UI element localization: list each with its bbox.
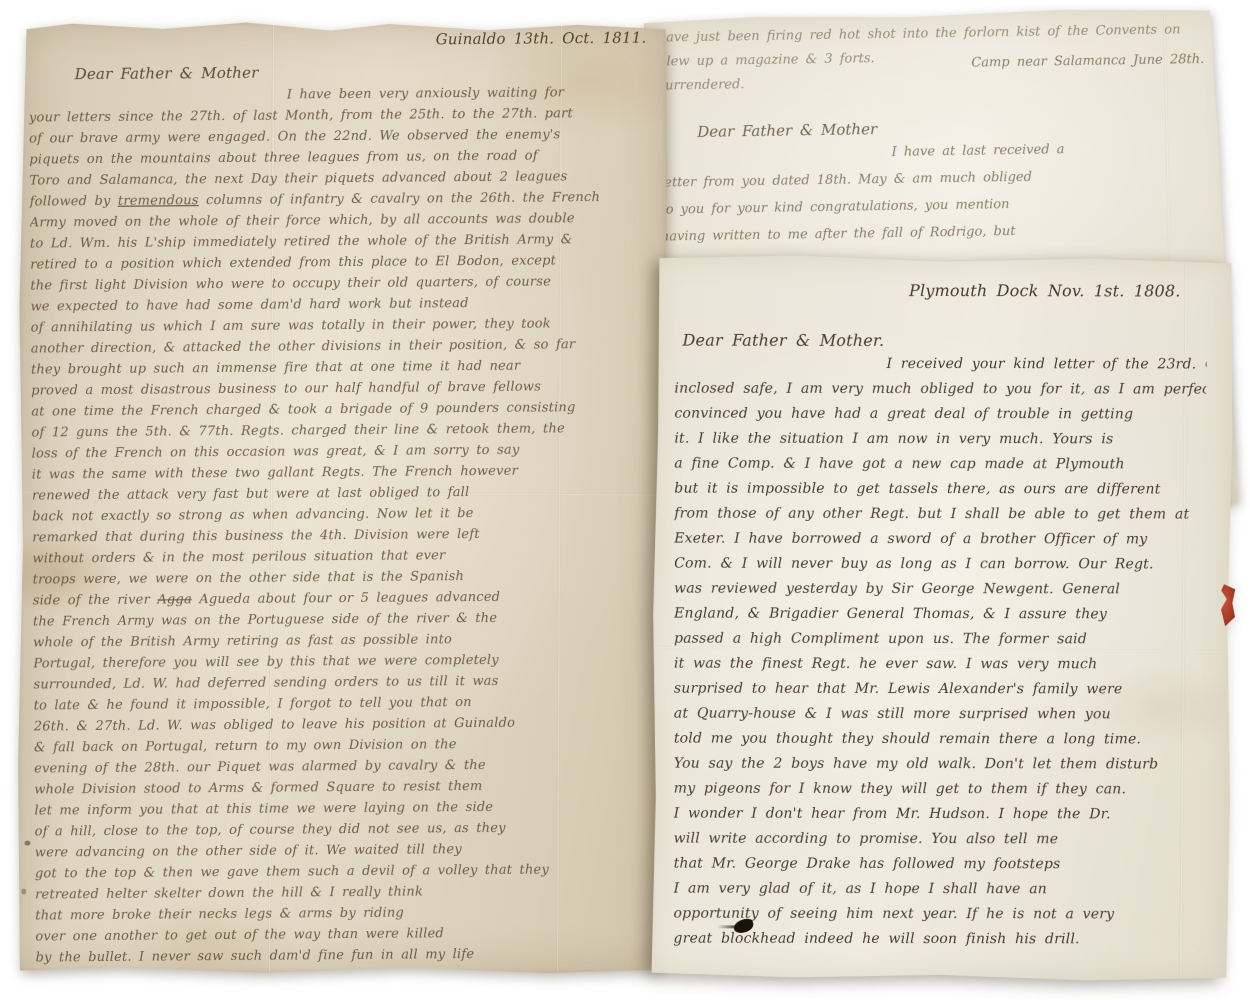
letter-line: it was the finest Regt. he ever saw. I w…: [674, 652, 1206, 678]
letter-line: that Mr. George Drake has followed my fo…: [674, 852, 1206, 878]
letter-text-guinaldo: Guinaldo 13th. Oct. 1811. Dear Father & …: [28, 28, 659, 969]
letter-line: convinced you have had a great deal of t…: [674, 402, 1206, 428]
letter-line: was reviewed yesterday by Sir George New…: [674, 577, 1206, 603]
letter-sheet-plymouth: Plymouth Dock Nov. 1st. 1808. Dear Fathe…: [649, 254, 1235, 983]
letter-line: from those of any other Regt. but I shal…: [674, 502, 1206, 528]
letter-line: at Quarry-house & I was still more surpr…: [674, 702, 1206, 728]
paper-guinaldo: Guinaldo 13th. Oct. 1811. Dear Father & …: [16, 21, 668, 976]
letter-line: England, & Brigadier General Thomas, & I…: [674, 602, 1206, 628]
letter-body-lines: your letters since the 27th. of last Mon…: [29, 103, 660, 969]
letter-line: by the bullet. I never saw such dam'd fi…: [36, 943, 660, 969]
letter-dateline: Guinaldo 13th. Oct. 1811.: [28, 28, 652, 57]
letter-sheet-guinaldo: Guinaldo 13th. Oct. 1811. Dear Father & …: [16, 21, 668, 976]
letter-line: great blockhead indeed he will soon fini…: [673, 927, 1205, 953]
letter-text-plymouth: Plymouth Dock Nov. 1st. 1808. Dear Fathe…: [673, 266, 1206, 953]
letter-line: inclosed safe, I am very much obliged to…: [674, 377, 1206, 403]
letter-body-lines: letter from you dated 18th. May & am muc…: [660, 163, 1217, 253]
letter-line: You say the 2 boys have my old walk. Don…: [674, 752, 1206, 778]
letter-line: I wonder I don't hear from Mr. Hudson. I…: [674, 802, 1206, 828]
letter-line: my pigeons for I know they will get to t…: [674, 777, 1206, 803]
letter-dateline: Camp near Salamanca June 28th.: [971, 48, 1204, 76]
letter-body-lines: inclosed safe, I am very much obliged to…: [673, 377, 1206, 953]
letter-salutation: Dear Father & Mother.: [683, 328, 1207, 353]
letter-line: will write according to promise. You als…: [674, 827, 1206, 853]
paper-plymouth: Plymouth Dock Nov. 1st. 1808. Dear Fathe…: [649, 254, 1235, 983]
letter-line: told me you thought they should remain t…: [674, 727, 1206, 753]
letter-text-salamanca: have just been firing red hot shot into …: [658, 18, 1217, 253]
letter-line: but it is impossible to get tassels ther…: [674, 477, 1206, 503]
letter-line: a fine Comp. & I have got a new cap made…: [674, 452, 1206, 478]
letter-line: Exeter. I have borrowed a sword of a bro…: [674, 527, 1206, 553]
letter-line: Com. & I will never buy as long as I can…: [674, 552, 1206, 578]
letter-line: I am very glad of it, as I hope I shall …: [674, 877, 1206, 903]
letter-opening-line: I have been very anxiously waiting for: [287, 82, 653, 106]
letter-opening-line: I received your kind letter of the 23rd.…: [886, 352, 1206, 378]
letter-line: surprised to hear that Mr. Lewis Alexand…: [674, 677, 1206, 703]
ink-spot: [21, 889, 26, 895]
letter-line: passed a high Compliment upon us. The fo…: [674, 627, 1206, 653]
ink-spot: [24, 841, 30, 846]
letter-dateline: Plymouth Dock Nov. 1st. 1808.: [675, 278, 1207, 305]
letter-line: it. I like the situation I am now in ver…: [674, 427, 1206, 453]
